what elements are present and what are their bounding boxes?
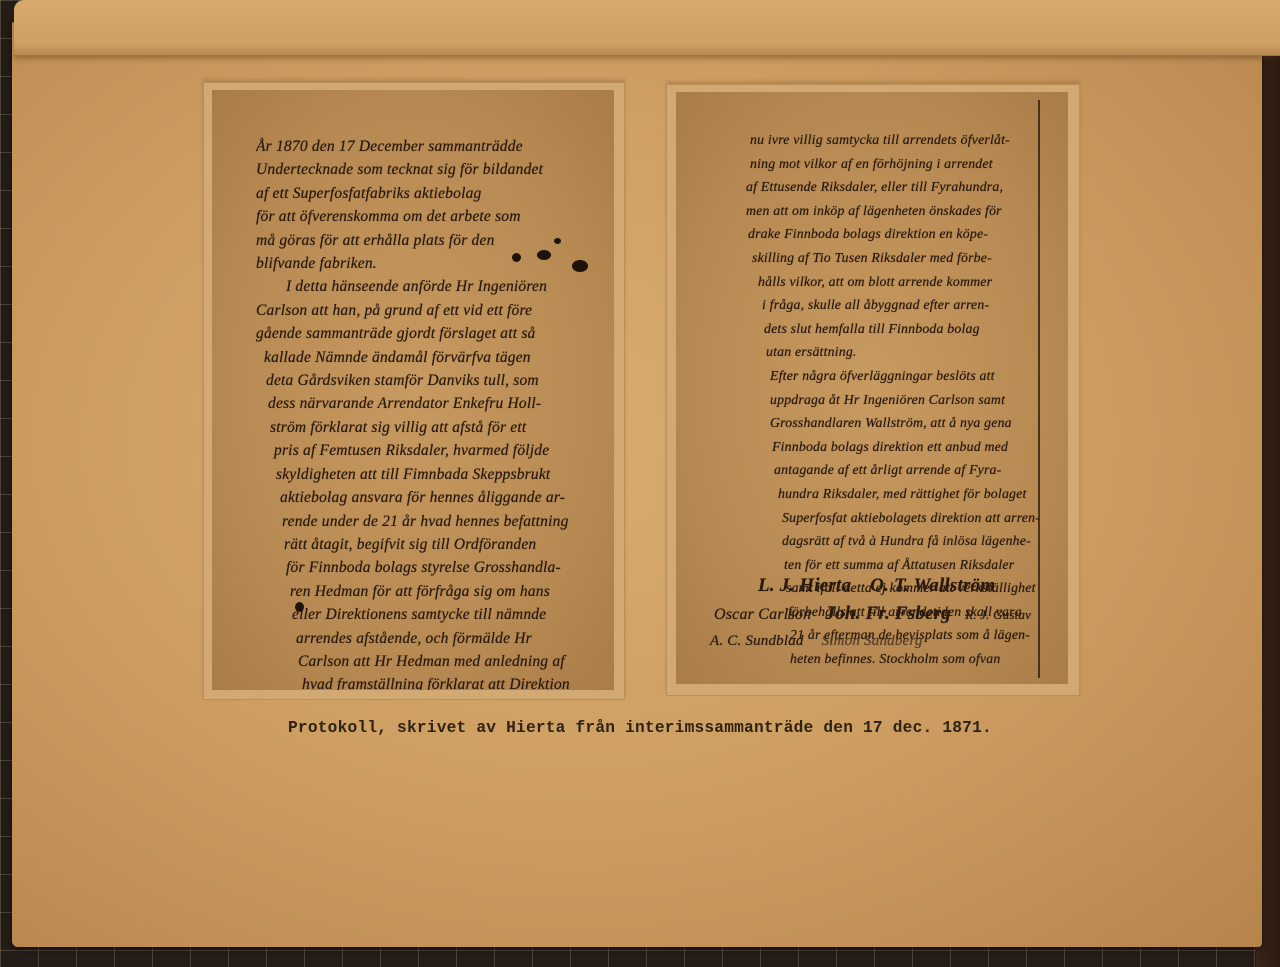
signature: Joh. Fr. Fsberg (825, 603, 950, 624)
manuscript-line: blifvande fabriken. (256, 252, 606, 275)
signature-row: A. C. Sundblad Simon Sandberg (710, 630, 1068, 653)
manuscript-line: Grosshandlaren Wallström, att å nya gena (738, 411, 1046, 435)
signature: O. T. Wallström (870, 575, 995, 596)
manuscript-line: arrendes afstående, och förmälde Hr (256, 627, 606, 650)
manuscript-line: Carlson att Hr Hedman med anledning af (256, 650, 606, 673)
manuscript-line: rätt åtagit, begifvit sig till Ordförand… (256, 533, 606, 556)
manuscript-line: hålls vilkor, att om blott arrende komme… (738, 270, 1046, 294)
photo-caption: Protokoll, skrivet av Hierta från interi… (288, 719, 992, 737)
folded-page-flap (14, 0, 1280, 56)
signature: R. J. Gustav (965, 607, 1031, 622)
manuscript-line: af ett Superfosfatfabriks aktiebolag (256, 182, 606, 205)
manuscript-line: antagande af ett årligt arrende af Fyra- (738, 458, 1046, 482)
signature: Simon Sandberg (822, 633, 923, 649)
manuscript-line: ten för ett summa af Åttatusen Riksdaler (738, 553, 1046, 577)
ink-blot (295, 602, 304, 612)
manuscript-line: Undertecknade som tecknat sig för bildan… (256, 158, 606, 181)
manuscript-line: kallade Nämnde ändamål förvärfva tägen (256, 346, 606, 369)
manuscript-line: I detta hänseende anförde Hr Ingeniören (256, 275, 606, 298)
manuscript-line: ning mot vilkor af en förhöjning i arren… (738, 152, 1046, 176)
manuscript-line: skilling af Tio Tusen Riksdaler med förb… (738, 246, 1046, 270)
signature: L. J. Hierta (758, 575, 851, 596)
manuscript-line: rende under de 21 år hvad hennes befattn… (256, 510, 606, 533)
right-manuscript-photo: nu ivre villig samtycka till arrendets ö… (676, 92, 1068, 684)
manuscript-line: ström förklarat sig villig att afstå för… (256, 416, 606, 439)
manuscript-line: hvad framställning förklarat att Direkti… (256, 673, 606, 690)
manuscript-line: dess närvarande Arrendator Enkefru Holl- (256, 392, 606, 415)
left-manuscript-photo: År 1870 den 17 December sammanträdde Und… (212, 90, 614, 690)
manuscript-line: skyldigheten att till Fimnbada Skeppsbru… (256, 463, 606, 486)
signature-row: Oscar Carlson Joh. Fr. Fsberg R. J. Gust… (714, 602, 1068, 626)
page-margin-line (1038, 100, 1040, 678)
manuscript-line: ren Hedman för att förfråga sig om hans (256, 580, 606, 603)
manuscript-line: för Finnboda bolags styrelse Grosshandla… (256, 556, 606, 579)
manuscript-line: gående sammanträde gjordt förslaget att … (256, 322, 606, 345)
manuscript-line: nu ivre villig samtycka till arrendets ö… (738, 128, 1046, 152)
manuscript-line: eller Direktionens samtycke till nämnde (256, 603, 606, 626)
manuscript-line: uppdraga åt Hr Ingeniören Carlson samt (738, 388, 1046, 412)
manuscript-line: Carlson att han, på grund af ett vid ett… (256, 299, 606, 322)
manuscript-line: drake Finnboda bolags direktion en köpe- (738, 222, 1046, 246)
manuscript-line: Superfosfat aktiebolagets direktion att … (738, 506, 1046, 530)
manuscript-line: hundra Riksdaler, med rättighet för bola… (738, 482, 1046, 506)
manuscript-line: dagsrätt af två à Hundra få inlösa lägen… (738, 529, 1046, 553)
ink-blot (572, 260, 588, 272)
signature-block: L. J. Hierta O. T. Wallström (758, 574, 1068, 597)
manuscript-line: aktiebolag ansvara för hennes åliggande … (256, 486, 606, 509)
ink-blot (554, 238, 561, 244)
manuscript-line: dets slut hemfalla till Finnboda bolag (738, 317, 1046, 341)
manuscript-line: i fråga, skulle all åbyggnad efter arren… (738, 293, 1046, 317)
manuscript-line: af Ettusende Riksdaler, eller till Fyrah… (738, 175, 1046, 199)
manuscript-line: År 1870 den 17 December sammanträdde (256, 135, 606, 158)
manuscript-line: Efter några öfverläggningar beslöts att (738, 364, 1046, 388)
manuscript-line: pris af Femtusen Riksdaler, hvarmed följ… (256, 439, 606, 462)
manuscript-line: för att öfverenskomma om det arbete som (256, 205, 606, 228)
left-manuscript-text: År 1870 den 17 December sammanträdde Und… (256, 135, 606, 690)
manuscript-line: utan ersättning. (738, 340, 1046, 364)
manuscript-line: Finnboda bolags direktion ett anbud med (738, 435, 1046, 459)
ink-blot (537, 250, 551, 260)
manuscript-line: deta Gårdsviken stamför Danviks tull, so… (256, 369, 606, 392)
signature: A. C. Sundblad (710, 633, 804, 649)
signature: Oscar Carlson (714, 606, 811, 623)
manuscript-line: men att om inköp af lägenheten önskades … (738, 199, 1046, 223)
ink-blot (512, 253, 521, 262)
